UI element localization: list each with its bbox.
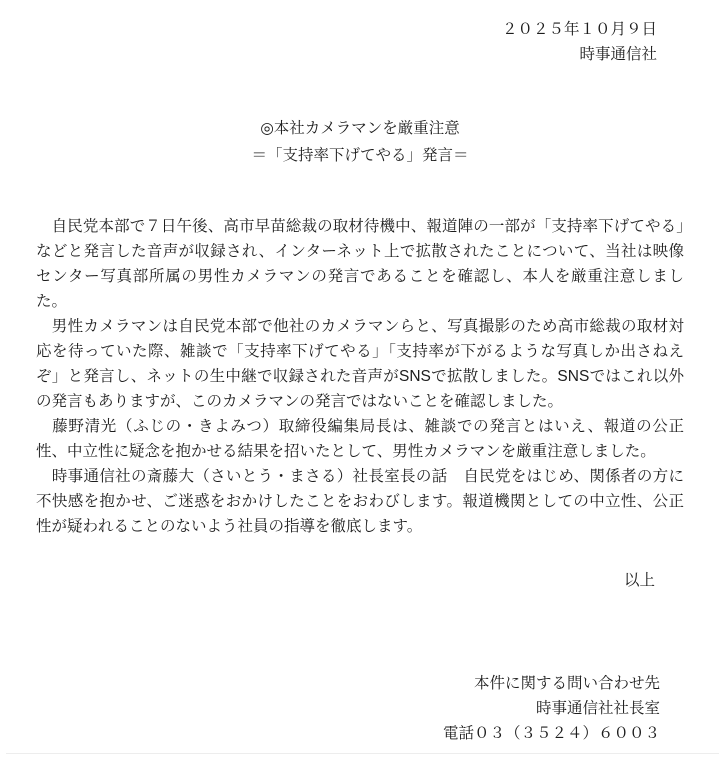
body-paragraph-3: 藤野清光（ふじの・きよみつ）取締役編集局長は、雑談での発言とはいえ、報道の公正性… bbox=[36, 414, 684, 464]
contact-organization: 時事通信社社長室 bbox=[443, 696, 660, 721]
document-header: ２０２５年１０月９日 時事通信社 bbox=[502, 17, 657, 67]
press-release-page: ２０２５年１０月９日 時事通信社 ◎本社カメラマンを厳重注意 ＝「支持率下げてや… bbox=[0, 0, 719, 760]
body-paragraph-2: 男性カメラマンは自民党本部で他社のカメラマンらと、写真撮影のため高市総裁の取材対… bbox=[36, 314, 684, 414]
contact-heading: 本件に関する問い合わせ先 bbox=[443, 671, 660, 696]
document-body: 自民党本部で７日午後、高市早苗総裁の取材待機中、報道陣の一部が「支持率下げてやる… bbox=[36, 214, 684, 539]
document-title: ◎本社カメラマンを厳重注意 ＝「支持率下げてやる」発言＝ bbox=[36, 115, 684, 169]
contact-phone: 電話０３（３５２４）６００３ bbox=[443, 721, 660, 746]
title-line-2: ＝「支持率下げてやる」発言＝ bbox=[36, 142, 684, 169]
body-paragraph-1: 自民党本部で７日午後、高市早苗総裁の取材待機中、報道陣の一部が「支持率下げてやる… bbox=[36, 214, 684, 314]
contact-block: 本件に関する問い合わせ先 時事通信社社長室 電話０３（３５２４）６００３ bbox=[443, 671, 660, 746]
date-line: ２０２５年１０月９日 bbox=[502, 17, 657, 42]
title-line-1: ◎本社カメラマンを厳重注意 bbox=[36, 115, 684, 142]
organization-line: 時事通信社 bbox=[502, 42, 657, 67]
signoff: 以上 bbox=[624, 568, 655, 593]
body-paragraph-4: 時事通信社の斎藤大（さいとう・まさる）社長室長の話 自民党をはじめ、関係者の方に… bbox=[36, 464, 684, 539]
page-bottom-divider bbox=[6, 753, 719, 754]
signoff-text: 以上 bbox=[624, 568, 655, 593]
